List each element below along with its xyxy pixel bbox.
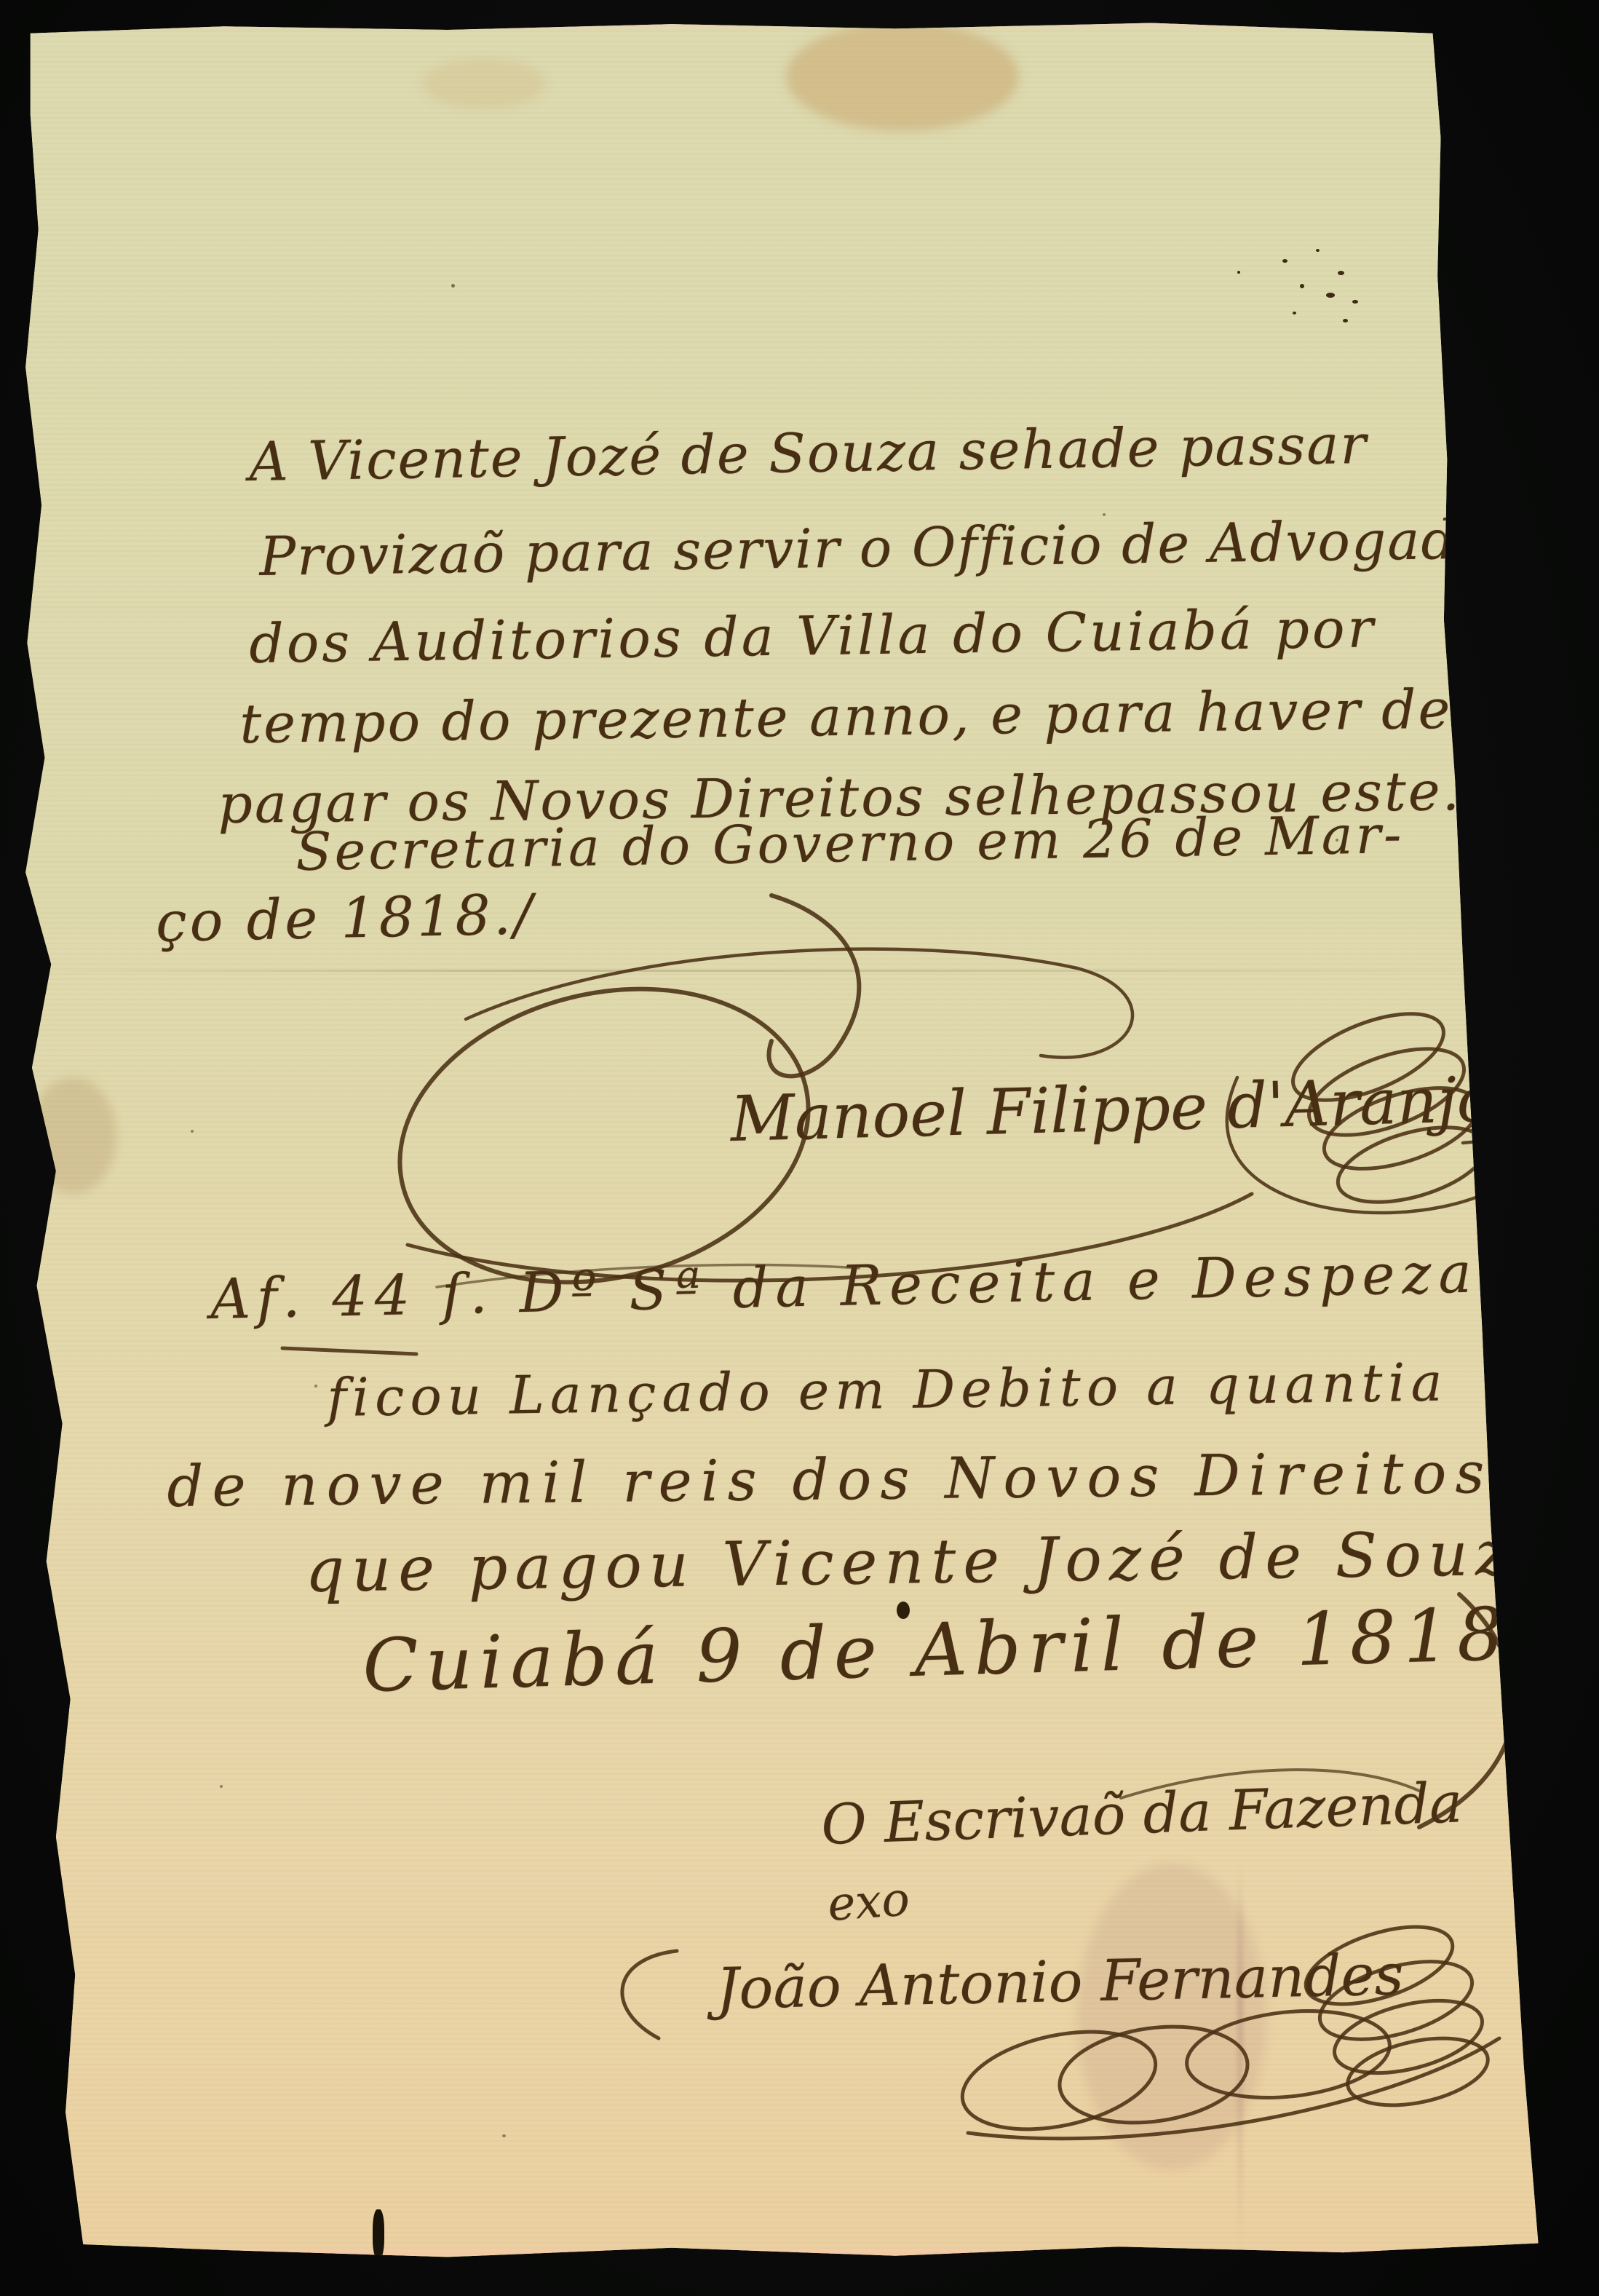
paper-edge-highlight-top: [32, 24, 1439, 28]
photograph-of-manuscript: A Vicente Jozé de Souza sehade passar Pr…: [0, 0, 1599, 2296]
stain-left-edge: [29, 1077, 116, 1194]
ink-speckle: [1300, 284, 1304, 288]
ink-speckle: [1343, 319, 1348, 322]
paper-vein-streak: [1237, 1864, 1243, 2257]
ink-speckle: [314, 1385, 317, 1388]
ink-speckle: [220, 1785, 223, 1788]
ink-speckle: [451, 284, 455, 288]
paper-tear-slit: [373, 2209, 384, 2259]
closing-rubric-mark: exo: [826, 1872, 911, 1932]
ink-speckle: [1326, 293, 1335, 298]
registry-line-3: de nove mil reis dos Novos Direitos: [167, 1441, 1493, 1520]
body-line-7: ço de 1818./: [155, 882, 536, 954]
ink-speckle: [1352, 300, 1358, 304]
ink-speckle: [1237, 271, 1240, 274]
ink-speckle: [502, 2134, 506, 2137]
ink-speckle: [191, 1130, 194, 1133]
stain-top-left: [422, 58, 546, 109]
ink-speckle: [1293, 312, 1296, 314]
stain-top-center: [786, 22, 1019, 131]
ink-speckle: [1282, 259, 1287, 263]
manuscript-paper-sheet: A Vicente Jozé de Souza sehade passar Pr…: [0, 0, 1599, 2296]
ink-speckle: [1338, 271, 1344, 275]
fold-crease: [32, 970, 1535, 972]
ink-speckle: [1316, 249, 1320, 252]
paper-edge-highlight-bottom: [64, 2249, 1535, 2255]
